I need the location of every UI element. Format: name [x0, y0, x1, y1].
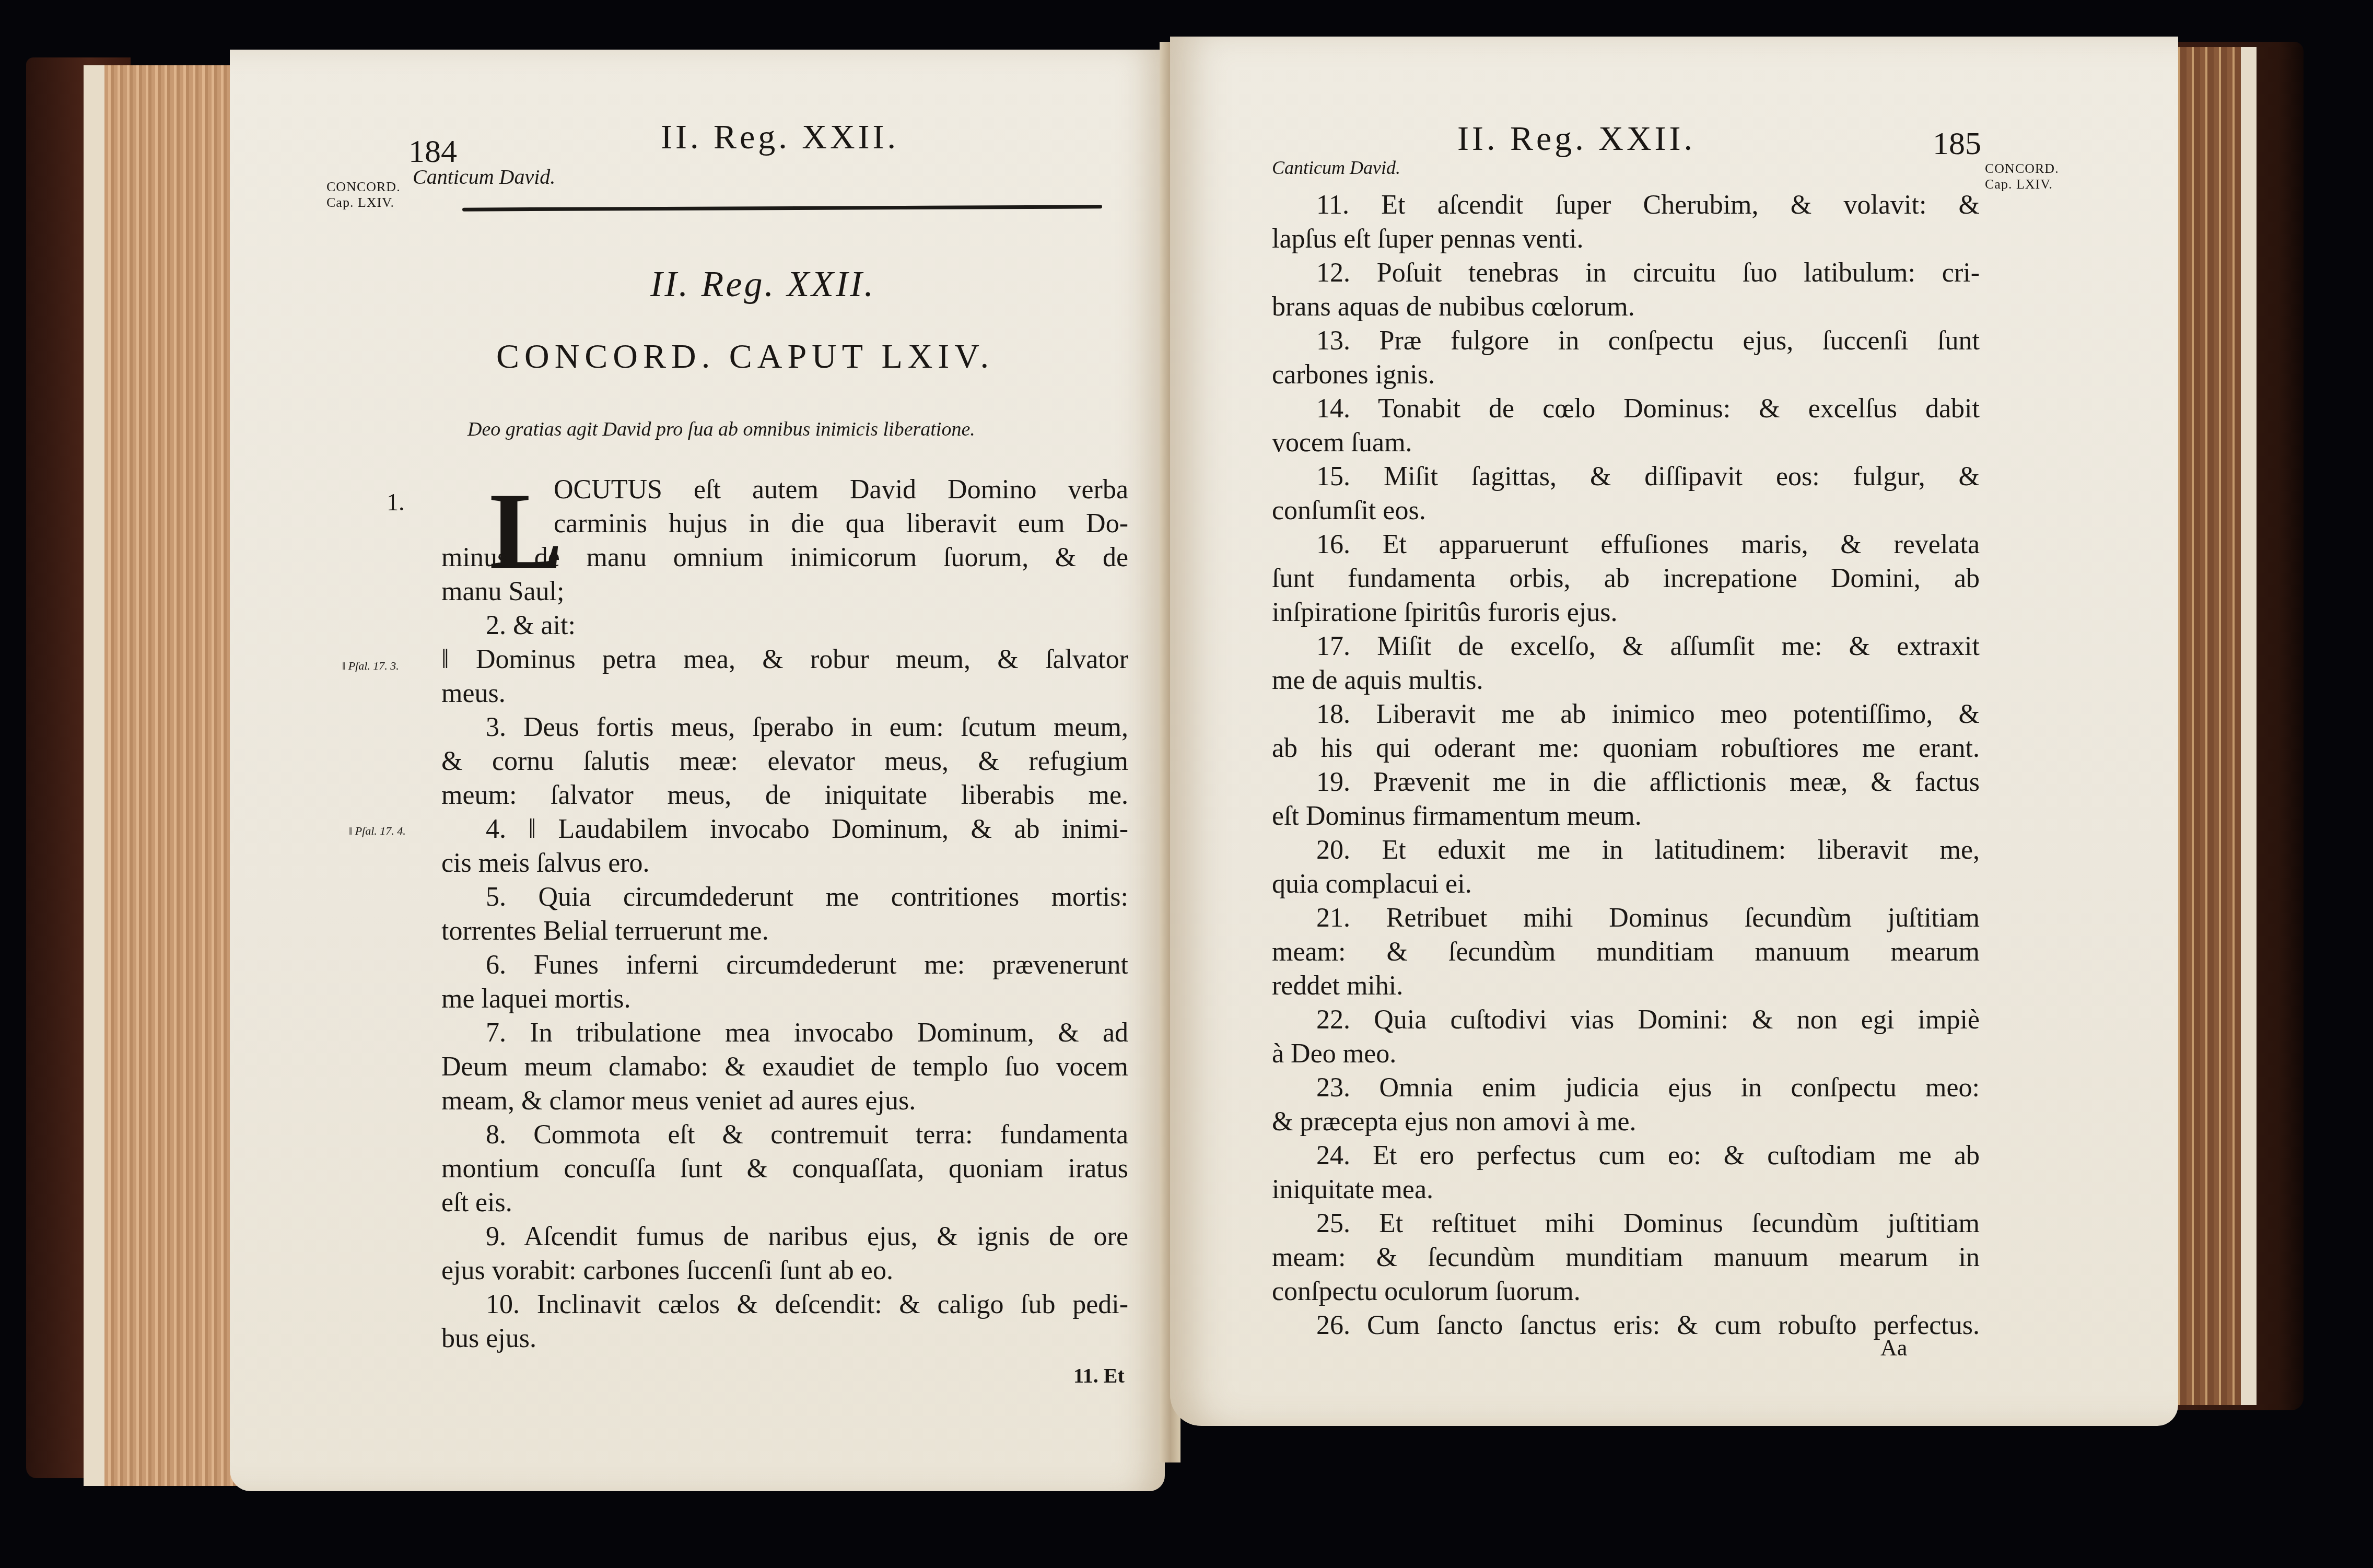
text-line: meus.: [441, 676, 1128, 710]
text-line: 10. Inclinavit cælos & deſcendit: & cali…: [441, 1288, 1128, 1321]
text-line: ab his qui oderant me: quoniam robuſtior…: [1272, 731, 1980, 765]
text-line: eſt eis.: [441, 1186, 1128, 1220]
chapter-title: CONCORD. CAPUT LXIV.: [496, 337, 994, 377]
text-line: Deum meum clamabo: & exaudiet de templo …: [441, 1050, 1128, 1084]
margin-note-psalm: ‖ Pſal. 17. 3.: [342, 659, 399, 673]
text-line: 14. Tonabit de cœlo Dominus: & excelſus …: [1272, 392, 1980, 426]
text-line: & præcepta ejus non amovi à me.: [1272, 1105, 1980, 1139]
text-line: 5. Quia circumdederunt me contritiones m…: [441, 880, 1128, 914]
text-line: 3. Deus fortis meus, ſperabo in eum: ſcu…: [441, 710, 1128, 744]
text-line: 20. Et eduxit me in latitudinem: liberav…: [1272, 833, 1980, 867]
text-line: conſpectu oculorum ſuorum.: [1272, 1274, 1980, 1308]
text-line: torrentes Belial terruerunt me.: [441, 914, 1128, 948]
text-line: 12. Poſuit tenebras in circuitu ſuo lati…: [1272, 256, 1980, 290]
text-line: à Deo meo.: [1272, 1037, 1980, 1071]
text-line: 13. Præ fulgore in conſpectu ejus, ſucce…: [1272, 324, 1980, 358]
chapter-summary: Deo gratias agit David pro ſua ab omnibu…: [467, 418, 975, 441]
text-line: 8. Commota eſt & contremuit terra: funda…: [441, 1118, 1128, 1152]
text-line: 22. Quia cuſtodivi vias Domini: & non eg…: [1272, 1003, 1980, 1037]
right-margin-header-line2: Cap. LXIV.: [1985, 177, 2059, 192]
left-margin-header-line1: CONCORD.: [326, 179, 401, 195]
text-line: me de aquis multis.: [1272, 663, 1980, 697]
text-line: 26. Cum ſancto ſanctus eris: & cum robuſ…: [1272, 1308, 1980, 1342]
text-line: 25. Et reſtituet mihi Dominus ſecundùm j…: [1272, 1207, 1980, 1241]
text-line: minus de manu omnium inimicorum ſuorum, …: [441, 541, 1128, 575]
text-line: meam: & ſecundùm munditiam manuum mearum…: [1272, 1241, 1980, 1274]
text-line: & cornu ſalutis meæ: elevator meus, & re…: [441, 744, 1128, 778]
text-line: 15. Miſit ſagittas, & diſſipavit eos: fu…: [1272, 460, 1980, 494]
text-line: 21. Retribuet mihi Dominus ſecundùm juſt…: [1272, 901, 1980, 935]
text-line: ‖ Dominus petra mea, & robur meum, & ſal…: [441, 642, 1128, 676]
text-line: montium concuſſa ſunt & conquaſſata, quo…: [441, 1152, 1128, 1186]
signature-mark: Aa: [1880, 1335, 1907, 1361]
text-line: 6. Funes inferni circumdederunt me: præv…: [441, 948, 1128, 982]
text-line: 19. Prævenit me in die afflictionis meæ,…: [1272, 765, 1980, 799]
left-verse-lines: minus de manu omnium inimicorum ſuorum, …: [441, 541, 1128, 1355]
text-line: 23. Omnia enim judicia ejus in conſpectu…: [1272, 1071, 1980, 1105]
right-verse-lines: 11. Et aſcendit ſuper Cherubim, & volavi…: [1272, 188, 1980, 1342]
text-line: 17. Miſit de excelſo, & aſſumſit me: & e…: [1272, 629, 1980, 663]
text-line: 11. Et aſcendit ſuper Cherubim, & volavi…: [1272, 188, 1980, 222]
text-line: lapſus eſt ſuper pennas venti.: [1272, 222, 1980, 256]
right-margin-header: CONCORD. Cap. LXIV.: [1985, 161, 2059, 192]
text-line: bus ejus.: [441, 1321, 1128, 1355]
left-side-title: Canticum David.: [413, 165, 555, 189]
left-margin-header: CONCORD. Cap. LXIV.: [326, 179, 401, 210]
text-line: cis meis ſalvus ero.: [441, 846, 1128, 880]
text-line: me laquei mortis.: [441, 982, 1128, 1016]
text-line: 9. Aſcendit fumus de naribus ejus, & ign…: [441, 1220, 1128, 1254]
text-line: carminis hujus in die qua liberavit eum …: [554, 507, 1128, 541]
text-line: 18. Liberavit me ab inimico meo potentiſ…: [1272, 697, 1980, 731]
text-line: meam: & ſecundùm munditiam manuum mearum: [1272, 935, 1980, 969]
section-reference: II. Reg. XXII.: [650, 264, 875, 306]
text-line: vocem ſuam.: [1272, 426, 1980, 460]
right-page-number: 185: [1933, 125, 1981, 162]
text-line: meum: ſalvator meus, de iniquitate liber…: [441, 778, 1128, 812]
text-line: inſpiratione ſpiritûs furoris ejus.: [1272, 595, 1980, 629]
text-line: ejus vorabit: carbones ſuccenſi ſunt ab …: [441, 1254, 1128, 1288]
margin-note-psalm: ‖ Pſal. 17. 4.: [349, 824, 406, 838]
text-line: eſt Dominus firmamentum meum.: [1272, 799, 1980, 833]
text-line: 7. In tribulatione mea invocabo Dominum,…: [441, 1016, 1128, 1050]
text-line: ſunt fundamenta orbis, ab increpatione D…: [1272, 561, 1980, 595]
text-line: 4. ‖ Laudabilem invocabo Dominum, & ab i…: [441, 812, 1128, 846]
text-line: brans aquas de nubibus cœlorum.: [1272, 290, 1980, 324]
text-line: 24. Et ero perfectus cum eo: & cuſtodiam…: [1272, 1139, 1980, 1173]
left-running-head: II. Reg. XXII.: [661, 118, 899, 157]
text-line: manu Saul;: [441, 575, 1128, 609]
verse-number-1: 1.: [387, 488, 405, 516]
text-line: conſumſit eos.: [1272, 494, 1980, 528]
right-running-head: II. Reg. XXII.: [1457, 119, 1696, 159]
page-edges-right: [2173, 47, 2257, 1405]
text-line: 2. & ait:: [441, 609, 1128, 642]
text-line: reddet mihi.: [1272, 969, 1980, 1003]
text-line: 16. Et apparuerunt effuſiones maris, & r…: [1272, 528, 1980, 561]
left-margin-header-line2: Cap. LXIV.: [326, 195, 401, 210]
text-line: meam, & clamor meus veniet ad aures ejus…: [441, 1084, 1128, 1118]
right-side-title: Canticum David.: [1272, 157, 1400, 179]
text-line: carbones ignis.: [1272, 358, 1980, 392]
left-verse-lines-top: OCUTUS eſt autem David Domino verba carm…: [554, 473, 1128, 541]
text-line: quia complacui ei.: [1272, 867, 1980, 901]
text-line: iniquitate mea.: [1272, 1173, 1980, 1207]
text-line: OCUTUS eſt autem David Domino verba: [554, 473, 1128, 507]
catchword: 11. Et: [1073, 1363, 1125, 1388]
right-margin-header-line1: CONCORD.: [1985, 161, 2059, 177]
